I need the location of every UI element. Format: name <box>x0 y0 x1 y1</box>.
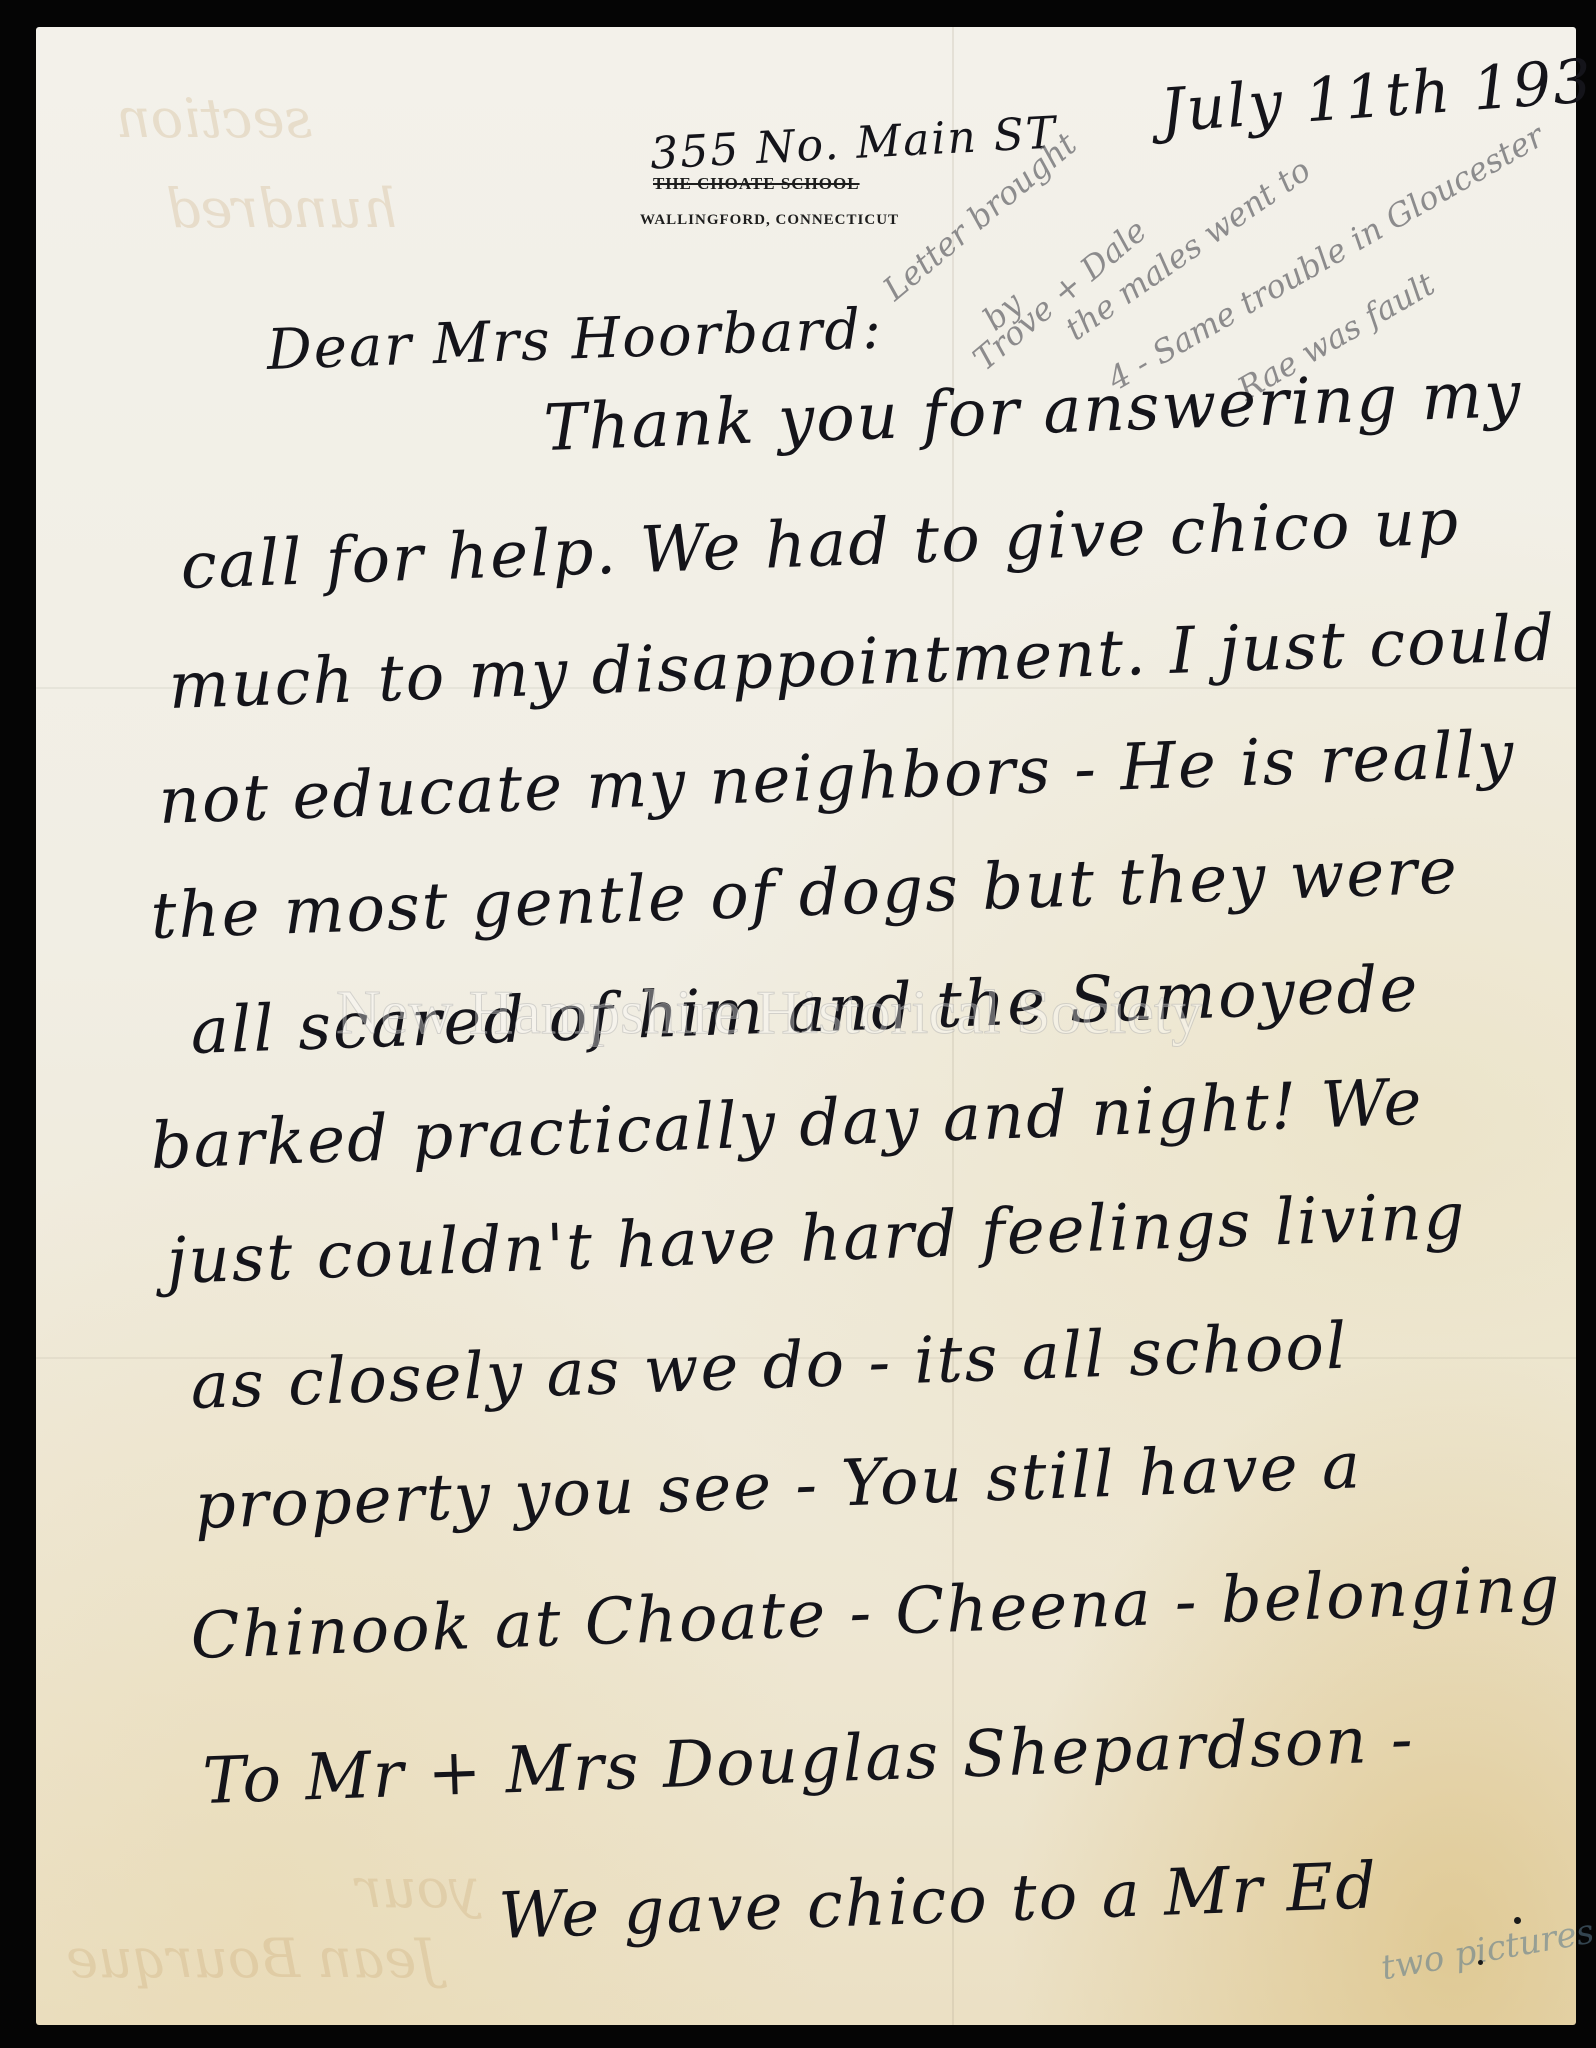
letterhead-school-name: THE CHOATE SCHOOL <box>653 174 860 194</box>
letterhead-city: WALLINGFORD, CONNECTICUT <box>640 212 899 229</box>
ink-speck <box>1478 1960 1483 1965</box>
ink-speck <box>1514 1917 1521 1924</box>
bleedthrough-text: section <box>116 87 312 150</box>
watermark: New Hampshire Historical Society <box>336 978 1202 1049</box>
bleedthrough-text: Jean Bourque <box>66 1927 438 1990</box>
bleedthrough-text: your <box>356 1857 480 1920</box>
bleedthrough-text: hundred <box>166 177 397 240</box>
